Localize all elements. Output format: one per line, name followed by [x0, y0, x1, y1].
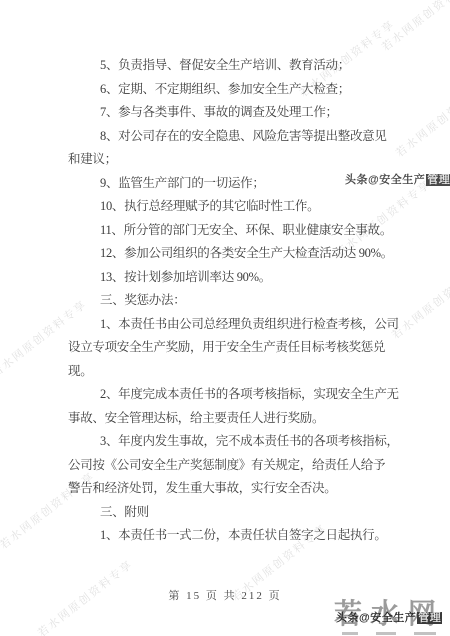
- document-line: 三、奖惩办法：: [68, 289, 450, 313]
- document-line: 8、对公司存在的安全隐患、风险危害等提出整改意见: [68, 125, 450, 149]
- document-lines: 5、负责指导、督促安全生产培训、教育活动；6、定期、不定期组织、参加安全生产大检…: [0, 54, 450, 548]
- document-line: 3、年度内发生事故，完不成本责任书的各项考核指标，: [68, 430, 450, 454]
- document-line: 12、参加公司组织的各类安全生产大检查活动达 90%。: [68, 242, 450, 266]
- stamp-smudge: [414, 632, 436, 635]
- document-line: 现。: [68, 360, 450, 384]
- document-line: 和建议；: [68, 148, 450, 172]
- document-page: 若水网原创资料专享若水网原创资料专享若水网原创资料专享若水网原创资料专享若水网原…: [0, 0, 450, 636]
- document-line: 2、年度完成本责任书的各项考核指标，实现安全生产无: [68, 383, 450, 407]
- faint-watermark: 若水网原创资料专享: [378, 0, 450, 55]
- toutiao-watermark-mid-text: 头条@安全生产: [345, 174, 425, 186]
- toutiao-watermark-bottom: 头条@安全生产管理: [336, 609, 442, 625]
- document-line: 三、附则: [68, 501, 450, 525]
- document-line: 11、所分管的部门无安全、环保、职业健康安全事故。: [68, 219, 450, 243]
- document-line: 设立专项安全生产奖励，用于安全生产责任目标考核奖惩兑: [68, 336, 450, 360]
- document-line: 5、负责指导、督促安全生产培训、教育活动；: [68, 54, 450, 78]
- document-line: 事故、安全管理达标，给主要责任人进行奖励。: [68, 407, 450, 431]
- document-line: 警告和经济处罚，发生重大事故，实行安全否决。: [68, 477, 450, 501]
- toutiao-watermark-bottom-text: 头条@安全生产: [336, 612, 416, 624]
- document-line: 1、本责任书一式二份，本责任状自签字之日起执行。: [68, 524, 450, 548]
- document-line: 10、执行总经理赋予的其它临时性工作。: [68, 195, 450, 219]
- document-line: 13、按计划参加培训率达 90%。: [68, 266, 450, 290]
- document-line: 1、本责任书由公司总经理负责组织进行检查考核，公司: [68, 313, 450, 337]
- ruoshui-logo-stamp: 若水网 头条@安全生产管理: [334, 592, 450, 636]
- toutiao-watermark-mid-boxed: 管理: [426, 174, 450, 186]
- document-line: 6、定期、不定期组织、参加安全生产大检查；: [68, 78, 450, 102]
- document-line: 7、参与各类事件、事故的调查及处理工作；: [68, 101, 450, 125]
- toutiao-watermark-bottom-boxed: 管理: [417, 612, 442, 624]
- toutiao-watermark-mid: 头条@安全生产管理: [345, 171, 450, 187]
- stamp-smudge: [342, 632, 358, 635]
- document-line: 公司按《公司安全生产奖惩制度》有关规定，给责任人给予: [68, 454, 450, 478]
- stamp-smudge: [376, 632, 396, 635]
